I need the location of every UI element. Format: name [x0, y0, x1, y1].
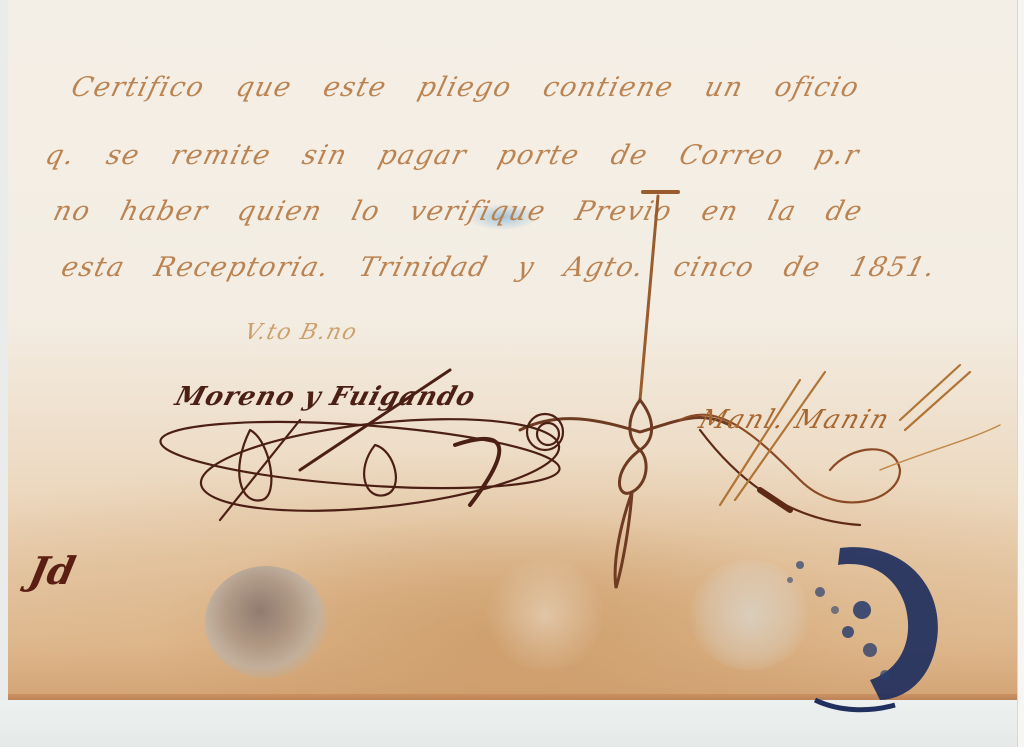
fold-edge — [8, 694, 1018, 700]
body-line-3: no haber quien lo verifique Previo en la… — [50, 196, 866, 227]
margin-initial: Jd — [25, 548, 79, 593]
approval-note: V.to B.no — [242, 320, 360, 345]
body-line-1: Certifico que este pliego contiene un of… — [68, 72, 863, 103]
left-signature: Moreno y Fuigando — [172, 382, 480, 412]
water-stain — [480, 560, 610, 670]
body-line-4: esta Receptoria. Trinidad y Agto. cinco … — [58, 252, 939, 283]
grey-seal-stain — [205, 566, 327, 678]
body-line-2: q. se remite sin pagar porte de Correo p… — [42, 140, 863, 171]
light-seal-stain — [690, 560, 810, 670]
right-border — [1017, 0, 1024, 747]
underlying-page — [0, 700, 1024, 747]
right-signature: Manl. Manin — [695, 405, 894, 435]
